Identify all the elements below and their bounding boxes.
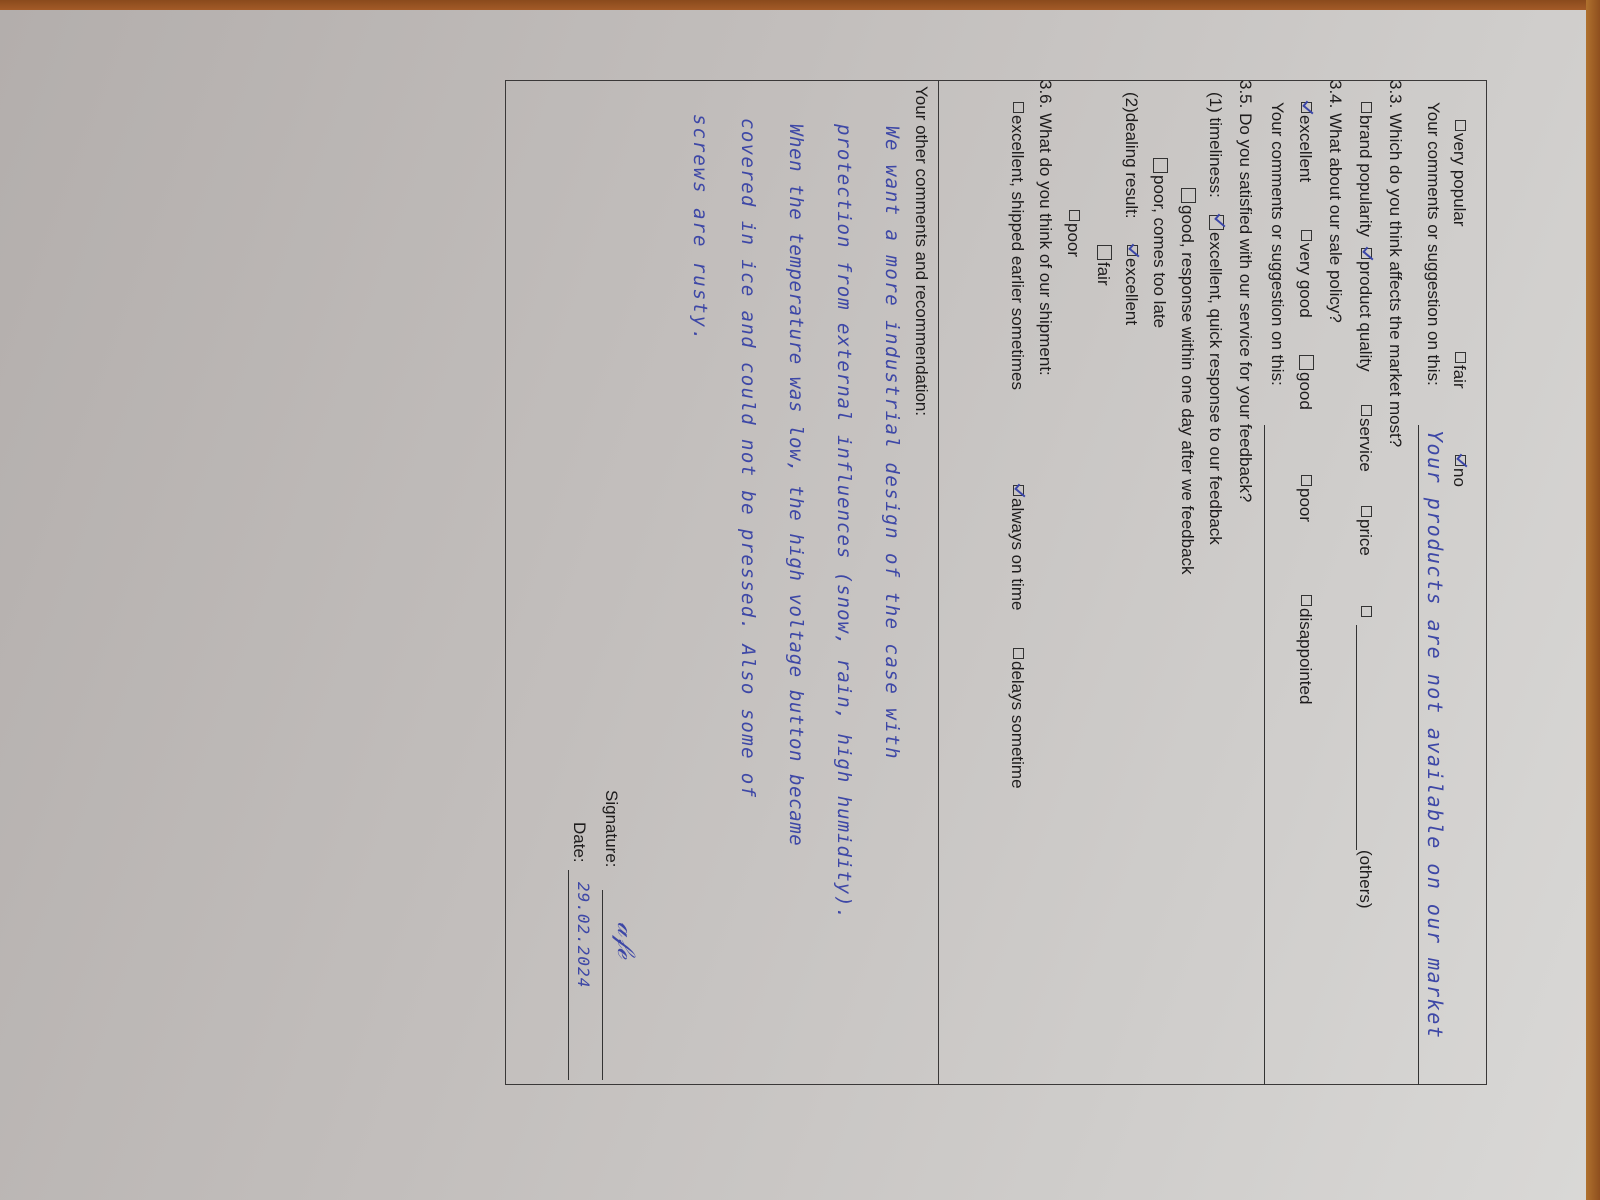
option-product-quality[interactable]: product quality <box>1355 248 1375 372</box>
checkbox[interactable] <box>1301 230 1312 241</box>
timeliness-label: (1) timeliness: <box>1205 92 1225 198</box>
option-poor[interactable]: poor <box>1295 475 1315 522</box>
section-divider <box>938 80 939 1085</box>
checkbox[interactable] <box>1301 475 1312 486</box>
others-label: (others) <box>1355 850 1375 909</box>
signature-scribble: 𝒶𝒻ℯ <box>610 922 641 958</box>
date-value[interactable]: 29.02.2024 <box>574 882 593 988</box>
option-excellent-3-4[interactable]: excellent <box>1295 102 1315 182</box>
others-underline <box>1356 625 1357 850</box>
checkbox[interactable] <box>1069 210 1080 221</box>
checkbox[interactable] <box>1301 595 1312 606</box>
feedback-form: very popular fair no Your comments or su… <box>505 80 1487 1085</box>
option-no[interactable]: no <box>1449 455 1469 487</box>
option-fair[interactable]: fair <box>1449 352 1469 389</box>
option-dealing-fair[interactable]: fair <box>1093 245 1113 286</box>
date-field[interactable] <box>568 870 569 1080</box>
comment-line-1[interactable]: We want a more industrial design of the … <box>881 126 903 760</box>
date-label: Date: <box>569 822 589 863</box>
comment-line-5[interactable]: screws are rusty. <box>689 114 711 342</box>
option-shipment-on-time[interactable]: always on time <box>1007 485 1027 610</box>
checkbox[interactable] <box>1361 606 1372 617</box>
comment-label-3-2: Your comments or suggestion on this: <box>1423 102 1443 386</box>
option-shipment-excellent[interactable]: excellent, shipped earlier sometimes <box>1007 102 1027 390</box>
checkbox[interactable] <box>1013 648 1024 659</box>
option-good[interactable]: good <box>1295 355 1315 410</box>
option-service[interactable]: service <box>1355 405 1375 472</box>
wooden-table-edge-right <box>1586 0 1600 1200</box>
option-timeliness-good[interactable]: good, response within one day after we f… <box>1177 188 1197 575</box>
question-3-5: 3.5. Do you satisfied with our service f… <box>1235 80 1255 502</box>
checkbox-checked[interactable] <box>1127 245 1138 256</box>
checkbox[interactable] <box>1455 352 1466 363</box>
checkbox[interactable] <box>1013 102 1024 113</box>
option-shipment-delays[interactable]: delays sometime <box>1007 648 1027 789</box>
signature-field[interactable] <box>602 890 603 1080</box>
option-timeliness-excellent[interactable]: excellent, quick response to our feedbac… <box>1205 215 1225 545</box>
question-3-4: 3.4. What about our sale policy? <box>1325 80 1345 323</box>
comment-label-3-4: Your comments or suggestion on this: <box>1267 102 1287 386</box>
checkbox[interactable] <box>1455 120 1466 131</box>
option-disappointed[interactable]: disappointed <box>1295 595 1315 704</box>
comment-line-2[interactable]: protection from external influences (sno… <box>833 124 855 920</box>
checkbox-checked[interactable] <box>1209 215 1224 230</box>
checkbox[interactable] <box>1361 405 1372 416</box>
option-very-popular[interactable]: very popular <box>1449 120 1469 227</box>
dealing-result-label: (2)dealing result: <box>1121 92 1141 219</box>
question-3-6: 3.6. What do you think of our shipment: <box>1035 80 1055 376</box>
checkbox[interactable] <box>1361 102 1372 113</box>
checkbox[interactable] <box>1097 245 1112 260</box>
comment-line-3[interactable]: When the temperature was low, the high v… <box>785 124 807 846</box>
checkbox[interactable] <box>1153 158 1168 173</box>
checkbox[interactable] <box>1299 355 1314 370</box>
option-brand-popularity[interactable]: brand popularity <box>1355 102 1375 237</box>
checkbox[interactable] <box>1181 188 1196 203</box>
comment-line-4[interactable]: covered in ice and could not be pressed.… <box>737 118 759 798</box>
option-others[interactable] <box>1355 606 1375 619</box>
checkbox-checked[interactable] <box>1361 248 1372 259</box>
checkbox-checked[interactable] <box>1301 102 1312 113</box>
question-3-3: 3.3. Which do you think affects the mark… <box>1385 80 1405 447</box>
option-dealing-poor[interactable]: poor <box>1063 210 1083 257</box>
checkbox[interactable] <box>1361 506 1372 517</box>
option-dealing-excellent[interactable]: excellent <box>1121 245 1141 325</box>
checkbox-checked[interactable] <box>1455 455 1466 466</box>
signature-label: Signature: <box>601 790 621 868</box>
comment-value-3-2[interactable]: Your products are not available on our m… <box>1423 430 1447 1039</box>
option-timeliness-poor[interactable]: poor, comes too late <box>1149 158 1169 328</box>
comment-field-3-4[interactable] <box>1264 425 1265 1085</box>
option-price[interactable]: price <box>1355 506 1375 556</box>
other-comments-label: Your other comments and recommendation: <box>911 86 931 416</box>
option-very-good[interactable]: very good <box>1295 230 1315 318</box>
comment-underline-3-2 <box>1418 425 1419 1085</box>
checkbox-checked[interactable] <box>1013 485 1024 496</box>
